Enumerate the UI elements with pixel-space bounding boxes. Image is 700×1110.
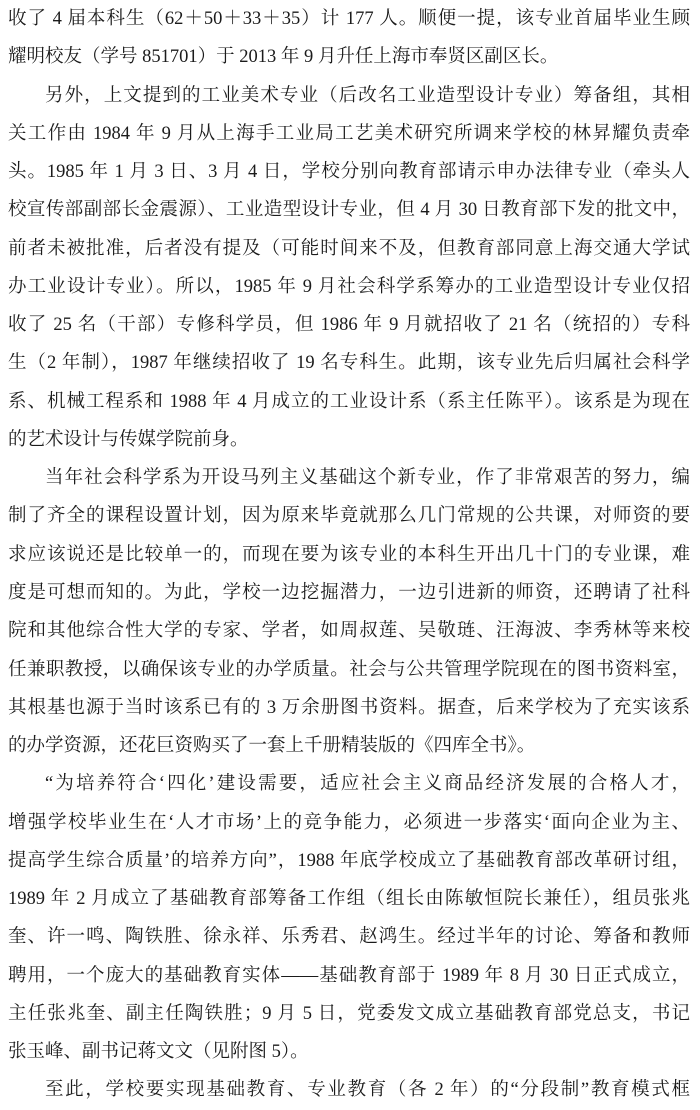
document-page: 收了 4 届本科生（62＋50＋33＋35）计 177 人。顺便一提，该专业首届… — [0, 0, 700, 1110]
text-line: 度是可想而知的。为此，学校一边挖掘潜力，一边引进新的师资，还聘请了社科 — [8, 574, 690, 612]
text-line: 的艺术设计与传媒学院前身。 — [8, 421, 690, 459]
text-line: 至此，学校要实现基础教育、专业教育（各 2 年）的“分段制”教育模式框 — [8, 1071, 690, 1109]
text-line: 增强学校毕业生在‘人才市场’上的竞争能力，必须进一步落实‘面向企业为主、 — [8, 804, 690, 842]
text-line: 头。1985 年 1 月 3 日、3 月 4 日，学校分别向教育部请示申办法律专… — [8, 153, 690, 191]
text-line: 关工作由 1984 年 9 月从上海手工业局工艺美术研究所调来学校的林昇耀负责牵 — [8, 115, 690, 153]
text-line: 生（2 年制），1987 年继续招收了 19 名专科生。此期，该专业先后归属社会… — [8, 344, 690, 382]
text-line: 张玉峰、副书记蒋文文（见附图 5）。 — [8, 1033, 690, 1071]
text-line: 奎、许一鸣、陶铁胜、徐永祥、乐秀君、赵鸿生。经过半年的讨论、筹备和教师 — [8, 918, 690, 956]
text-line: 校宣传部副部长金震源）、工业造型设计专业，但 4 月 30 日教育部下发的批文中… — [8, 191, 690, 229]
text-line: 制了齐全的课程设置计划，因为原来毕竟就那么几门常规的公共课，对师资的要 — [8, 497, 690, 535]
text-line: 当年社会科学系为开设马列主义基础这个新专业，作了非常艰苦的努力，编 — [8, 459, 690, 497]
text-line: 耀明校友（学号 851701）于 2013 年 9 月升任上海市奉贤区副区长。 — [8, 38, 690, 76]
text-line: 主任张兆奎、副主任陶铁胜；9 月 5 日，党委发文成立基础教育部党总支，书记 — [8, 995, 690, 1033]
text-line: “为培养符合‘四化’建设需要，适应社会主义商品经济发展的合格人才， — [8, 765, 690, 803]
text-line: 收了 4 届本科生（62＋50＋33＋35）计 177 人。顺便一提，该专业首届… — [8, 0, 690, 38]
text-line: 其根基也源于当时该系已有的 3 万余册图书资料。据查，后来学校为了充实该系 — [8, 689, 690, 727]
text-line: 另外，上文提到的工业美术专业（后改名工业造型设计专业）筹备组，其相 — [8, 77, 690, 115]
text-line: 院和其他综合性大学的专家、学者，如周叔莲、吴敬琏、汪海波、李秀林等来校 — [8, 612, 690, 650]
text-line: 求应该说还是比较单一的，而现在要为该专业的本科生开出几十门的专业课，难 — [8, 536, 690, 574]
text-line: 的办学资源，还花巨资购买了一套上千册精装版的《四库全书》。 — [8, 727, 690, 765]
text-line: 任兼职教授，以确保该专业的办学质量。社会与公共管理学院现在的图书资料室， — [8, 651, 690, 689]
text-line: 收了 25 名（干部）专修科学员，但 1986 年 9 月就招收了 21 名（统… — [8, 306, 690, 344]
text-line: 办工业设计专业）。所以，1985 年 9 月社会科学系筹办的工业造型设计专业仅招 — [8, 268, 690, 306]
text-line: 1989 年 2 月成立了基础教育部筹备工作组（组长由陈敏恒院长兼任），组员张兆 — [8, 880, 690, 918]
text-line: 提高学生综合质量’的培养方向”，1988 年底学校成立了基础教育部改革研讨组， — [8, 842, 690, 880]
text-line: 前者未被批准，后者没有提及（可能时间来不及，但教育部同意上海交通大学试 — [8, 230, 690, 268]
text-line: 聘用，一个庞大的基础教育实体——基础教育部于 1989 年 8 月 30 日正式… — [8, 957, 690, 995]
text-line: 系、机械工程系和 1988 年 4 月成立的工业设计系（系主任陈平）。该系是为现… — [8, 383, 690, 421]
